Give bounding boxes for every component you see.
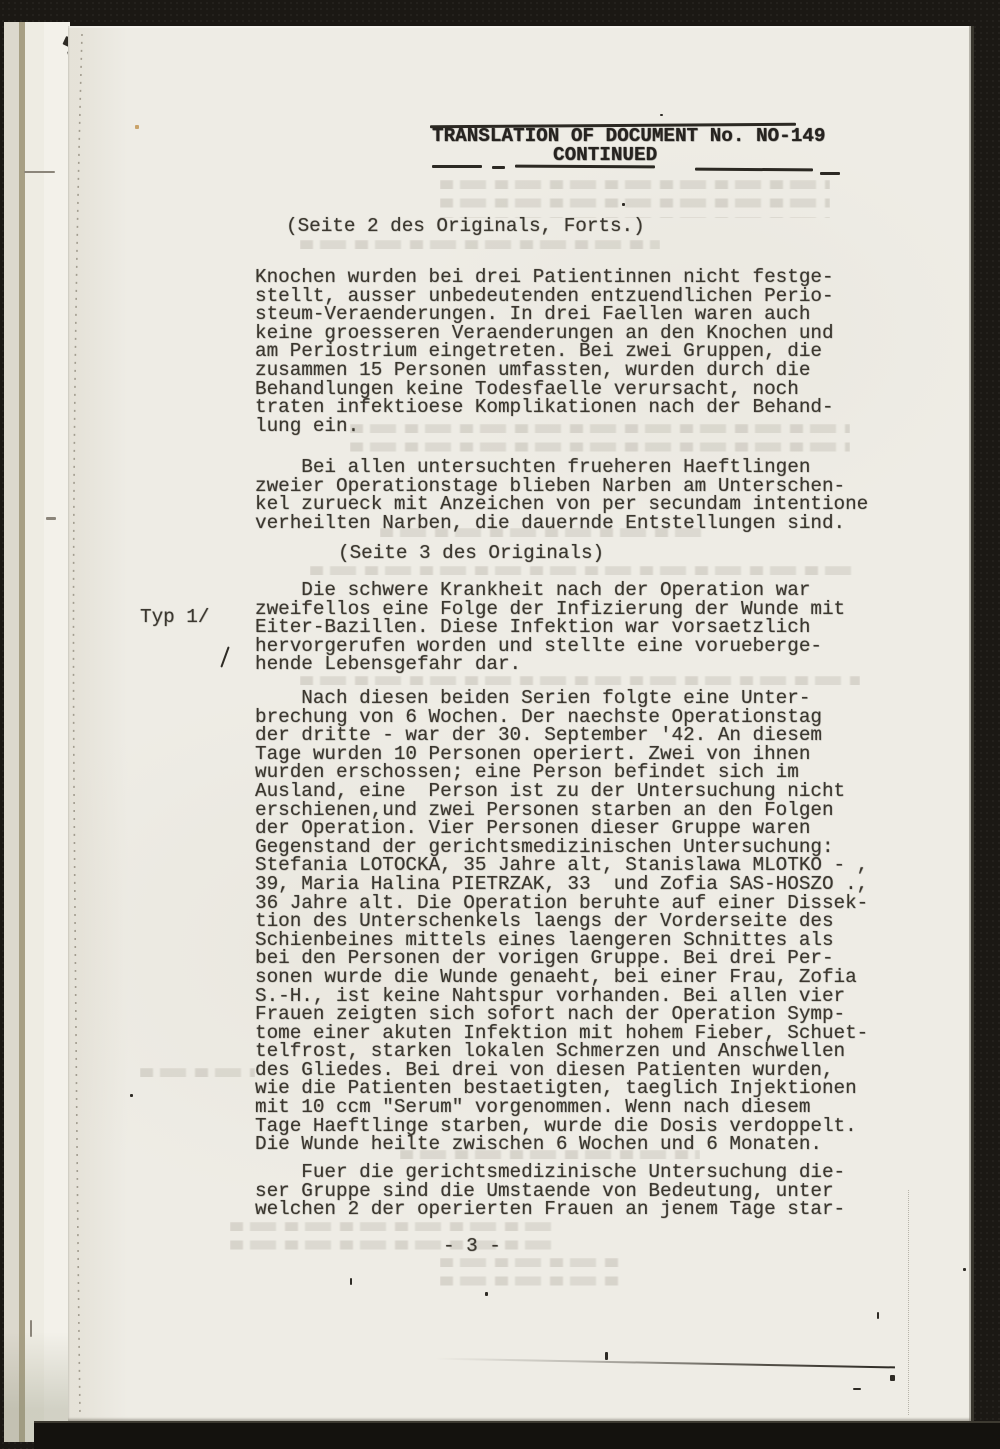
crease-dotted-line [908, 1190, 909, 1415]
ink-speck [130, 1094, 133, 1097]
pen-stroke [220, 646, 229, 667]
paragraph-5: Fuer die gerichtsmedizinische Untersuchu… [255, 1163, 845, 1219]
ink-speck [622, 203, 625, 206]
original-page-2-label: (Seite 2 des Originals, Forts.) [286, 217, 645, 236]
ink-speck [350, 1278, 352, 1285]
document-header-subtitle: CONTINUED [553, 146, 657, 165]
original-page-3-label: (Seite 3 des Originals) [338, 544, 604, 563]
scan-bottom-edge [34, 1421, 1000, 1449]
edge-scratch [30, 1320, 32, 1337]
header-underline-segment [515, 165, 655, 169]
header-underline-segment [492, 166, 505, 169]
book-page-stack-edge [4, 22, 70, 1442]
header-underline-segment [432, 165, 482, 168]
document-header-title: TRANSLATION OF DOCUMENT No. NO-149 [432, 127, 825, 146]
ink-speck [605, 1352, 608, 1360]
header-underline-segment [820, 172, 840, 175]
ink-speck [660, 114, 663, 116]
paragraph-3: Die schwere Krankheit nach der Operation… [255, 581, 845, 674]
paragraph-4: Nach diesen beiden Serien folgte eine Un… [255, 689, 868, 1154]
edge-scratch [46, 517, 56, 520]
header-underline-segment [695, 168, 813, 172]
scanned-document: TRANSLATION OF DOCUMENT No. NO-149 CONTI… [0, 0, 1000, 1449]
bleedthrough-text [300, 240, 660, 256]
ink-speck [877, 1312, 879, 1319]
ink-speck [853, 1388, 861, 1390]
bleedthrough-text [140, 1068, 255, 1084]
edge-scratch [24, 171, 55, 173]
paragraph-2: Bei allen untersuchten frueheren Haeftli… [255, 458, 868, 532]
bleedthrough-text [440, 1258, 620, 1290]
paper-stain [135, 125, 139, 129]
paragraph-1: Knochen wurden bei drei Patientinnen nic… [255, 268, 834, 435]
scratch-line [435, 1358, 895, 1369]
ink-speck [485, 1292, 488, 1296]
margin-note-typ1: Typ 1/ [140, 608, 209, 627]
scratch-end-blob [890, 1375, 895, 1381]
bleedthrough-text [440, 180, 830, 218]
page-number: - 3 - [443, 1237, 501, 1256]
bleedthrough-text [230, 1222, 560, 1252]
ink-speck [963, 1268, 966, 1271]
document-page: TRANSLATION OF DOCUMENT No. NO-149 CONTI… [68, 26, 971, 1422]
binding-crease [68, 26, 108, 1422]
